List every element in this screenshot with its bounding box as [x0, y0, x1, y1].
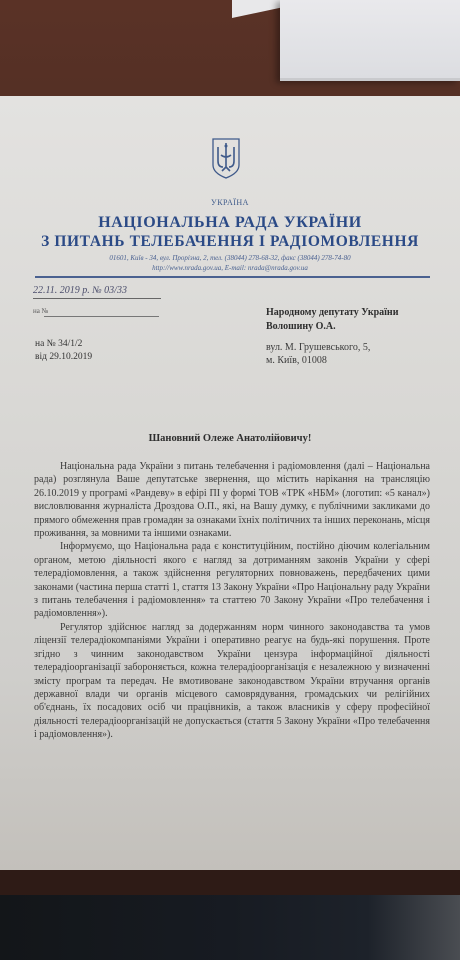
- outgoing-date-underline: [33, 298, 161, 299]
- organization-web-email: http://www.nrada.gov.ua, E-mail: nrada@n…: [0, 264, 460, 272]
- trident-emblem-icon: [211, 137, 241, 179]
- organization-name-line2: З ПИТАНЬ ТЕЛЕБАЧЕННЯ І РАДІОМОВЛЕННЯ: [0, 233, 460, 251]
- outgoing-date-number: 22.11. 2019 р. № 03/33: [33, 285, 127, 296]
- letter-body: Національна рада України з питань телеба…: [34, 460, 430, 742]
- organization-address: 01601, Київ - 34, вул. Прорізна, 2, тел.…: [0, 254, 460, 262]
- floor-background: [0, 895, 460, 960]
- reference-block: на № 34/1/2 від 29.10.2019: [35, 338, 92, 364]
- outgoing-date-text: 22.11. 2019 р. № 03/33: [33, 285, 127, 296]
- recipient-city: м. Київ, 01008: [266, 354, 370, 367]
- desk-edge: [0, 868, 460, 896]
- recipient-street: вул. М. Грушевського, 5,: [266, 341, 370, 354]
- country-label: УКРАЇНА: [0, 198, 460, 207]
- reference-date: від 29.10.2019: [35, 351, 92, 364]
- reference-number: на № 34/1/2: [35, 338, 92, 351]
- paper-stack: [280, 0, 460, 81]
- organization-name-line1: НАЦІОНАЛЬНА РАДА УКРАЇНИ: [0, 214, 460, 232]
- body-paragraph: Регулятор здійснює нагляд за додержанням…: [34, 621, 430, 742]
- recipient-title: Народному депутату України: [266, 306, 398, 320]
- body-paragraph: Національна рада України з питань телеба…: [34, 460, 430, 540]
- recipient-name: Волошину О.А.: [266, 320, 398, 334]
- recipient-address: вул. М. Грушевського, 5, м. Київ, 01008: [266, 341, 370, 367]
- incoming-number-label: на №: [33, 307, 48, 315]
- incoming-number-underline: [44, 316, 159, 317]
- salutation: Шановний Олеже Анатолійовичу!: [0, 433, 460, 444]
- body-paragraph: Інформуємо, що Національна рада є консти…: [34, 540, 430, 620]
- letterhead-divider: [35, 276, 430, 278]
- recipient-block: Народному депутату України Волошину О.А.: [266, 306, 398, 334]
